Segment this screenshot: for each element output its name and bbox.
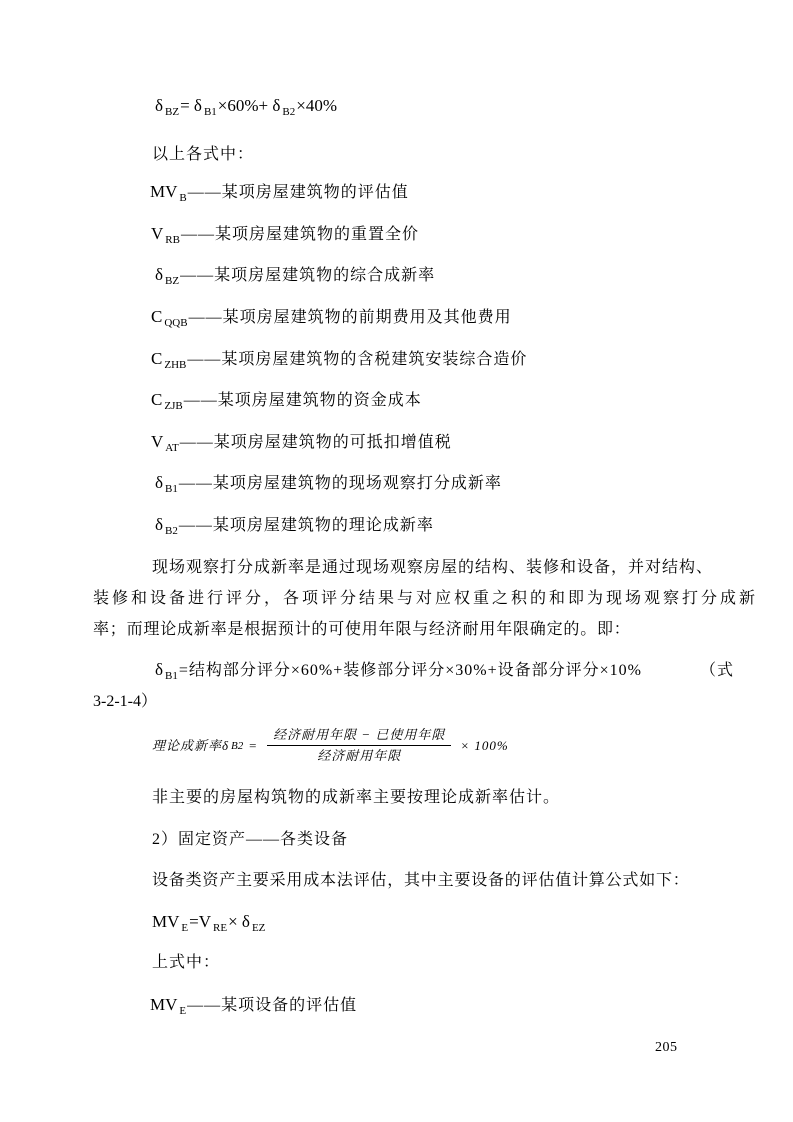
subscript: BZ — [165, 106, 179, 118]
delta-symbol: δ — [155, 473, 163, 492]
subscript: EZ — [252, 922, 265, 934]
page-number: 205 — [655, 1038, 678, 1058]
heading-fixed-assets-equipment: 2）固定资产——各类设备 — [152, 830, 348, 850]
definitions-intro: 以上各式中： — [152, 145, 254, 165]
subscript: B1 — [165, 670, 178, 682]
delta-symbol: δ — [155, 96, 163, 115]
delta-symbol: δ — [155, 660, 163, 679]
subscript: E — [181, 922, 188, 934]
definition-vrb: VRB——某项房屋建筑物的重置全价 — [151, 224, 419, 245]
equation-multiplier: × 100% — [460, 738, 508, 754]
subscript: ZHB — [164, 359, 186, 371]
definition-vat: VAT——某项房屋建筑物的可抵扣增值税 — [151, 432, 452, 453]
formula-equipment-value: MVE=VRE× δEZ — [152, 912, 266, 932]
delta-symbol: × δ — [228, 912, 250, 931]
subscript: AT — [165, 442, 178, 454]
equipment-intro: 设备类资产主要采用成本法评估，其中主要设备的评估值计算公式如下： — [152, 871, 690, 891]
definition-delta-b2: δB2——某项房屋建筑物的理论成新率 — [155, 515, 434, 536]
subscript: B1 — [204, 106, 217, 118]
fraction-numerator: 经济耐用年限 − 已使用年限 — [267, 727, 451, 746]
fraction-denominator: 经济耐用年限 — [267, 746, 451, 764]
definition-mve: MVE——某项设备的评估值 — [150, 995, 357, 1016]
subscript: BZ — [165, 275, 179, 287]
definition-czjb: CZJB——某项房屋建筑物的资金成本 — [151, 390, 422, 411]
formula-scoring-rate: δB1=结构部分评分×60%+装修部分评分×30%+设备部分评分×10%（式 — [155, 660, 734, 681]
definition-delta-b1: δB1——某项房屋建筑物的现场观察打分成新率 — [155, 473, 502, 494]
formula-intro: 上式中： — [152, 953, 220, 973]
subscript: B — [179, 192, 186, 204]
formula-scoring-rate-wrap: 3-2-1-4） — [93, 692, 157, 712]
document-page: δBZ= δB1×60%+ δB2×40% 以上各式中： MVB——某项房屋建筑… — [0, 0, 793, 1122]
fraction: 经济耐用年限 − 已使用年限经济耐用年限 — [267, 727, 451, 764]
equation-lhs: 理论成新率δ — [152, 738, 229, 754]
subscript: E — [179, 1005, 186, 1017]
subscript: QQB — [164, 317, 187, 329]
subscript: RB — [165, 234, 180, 246]
subscript: B1 — [165, 483, 178, 495]
theory-note: 非主要的房屋构筑物的成新率主要按理论成新率估计。 — [152, 788, 560, 808]
definition-mvb: MVB——某项房屋建筑物的评估值 — [150, 182, 409, 203]
equation-theoretical-rate: 理论成新率δB2=经济耐用年限 − 已使用年限经济耐用年限× 100% — [152, 727, 509, 764]
subscript: B2 — [282, 106, 295, 118]
definition-cqqb: CQQB——某项房屋建筑物的前期费用及其他费用 — [151, 307, 512, 328]
subscript: B2 — [165, 525, 178, 537]
subscript: ZJB — [164, 400, 182, 412]
subscript: RE — [213, 922, 227, 934]
formula-building-composite-rate: δBZ= δB1×60%+ δB2×40% — [155, 96, 337, 116]
paragraph-line: 率；而理论成新率是根据预计的可使用年限与经济耐用年限确定的。即： — [93, 620, 631, 640]
paragraph-line: 装修和设备进行评分，各项评分结果与对应权重之积的和即为现场观察打分成新 — [93, 589, 758, 609]
definition-czhb: CZHB——某项房屋建筑物的含税建筑安装综合造价 — [151, 349, 527, 370]
paragraph-line: 现场观察打分成新率是通过现场观察房屋的结构、装修和设备，并对结构、 — [152, 558, 713, 578]
delta-symbol: δ — [155, 515, 163, 534]
delta-symbol: δ — [155, 265, 163, 284]
equals-sign: = — [248, 738, 258, 754]
definition-delta-bz: δBZ——某项房屋建筑物的综合成新率 — [155, 265, 435, 286]
